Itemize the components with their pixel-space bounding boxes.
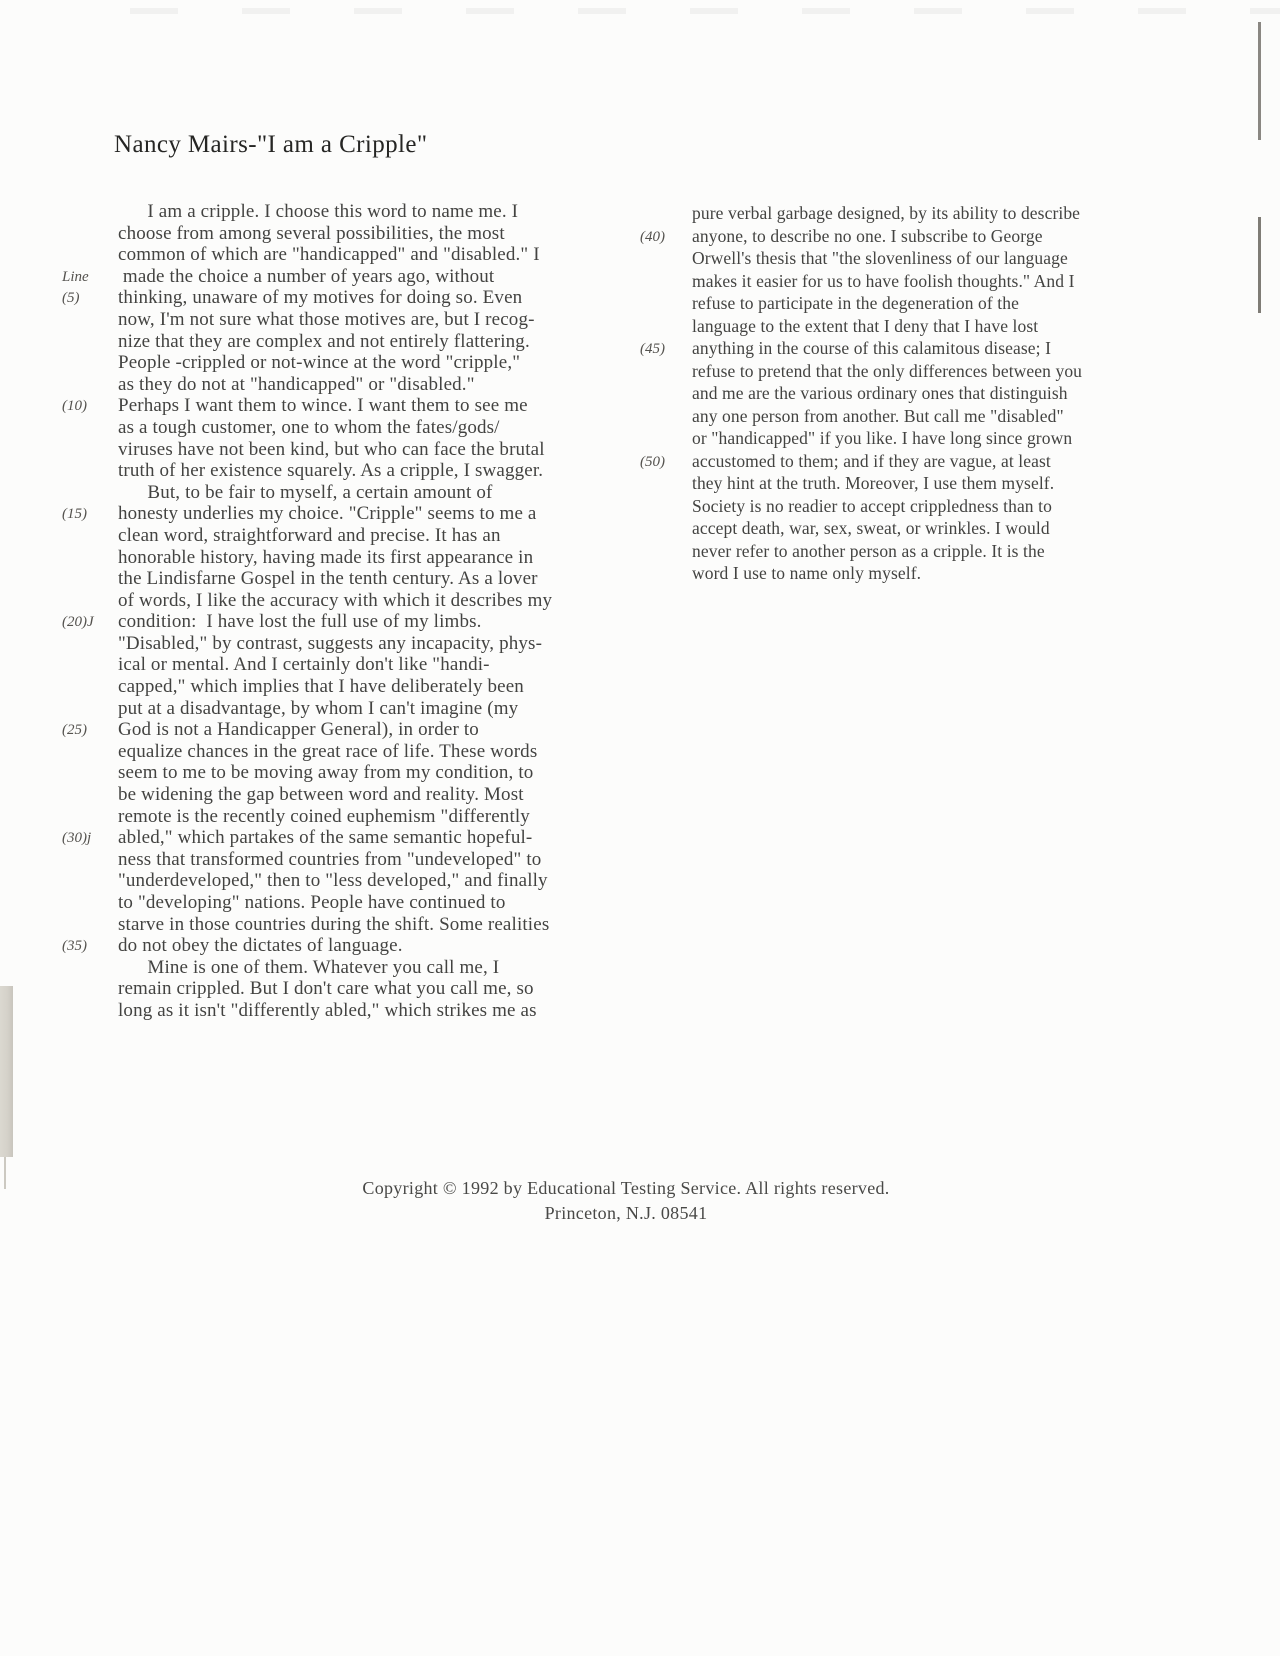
passage-left-column: I am a cripple. I choose this word to na… — [62, 201, 607, 1022]
line-number — [62, 978, 118, 981]
text-line: of words, I like the accuracy with which… — [62, 590, 607, 612]
line-number — [62, 914, 118, 917]
text-line: put at a disadvantage, by whom I can't i… — [62, 698, 607, 720]
line-number — [62, 525, 118, 528]
line-number — [62, 849, 118, 852]
text-line: starve in those countries during the shi… — [62, 914, 607, 936]
text-line: (40) anyone, to describe no one. I subsc… — [640, 226, 1130, 249]
line-text: Perhaps I want them to wince. I want the… — [118, 395, 528, 417]
line-text: But, to be fair to myself, a certain amo… — [118, 482, 493, 504]
line-text: ical or mental. And I certainly don't li… — [118, 654, 490, 676]
line-text: be widening the gap between word and rea… — [118, 784, 524, 806]
text-line: (25) God is not a Handicapper General), … — [62, 719, 607, 741]
line-number — [62, 654, 118, 657]
text-line: Line made the choice a number of years a… — [62, 266, 607, 288]
line-text: pure verbal garbage designed, by its abi… — [692, 203, 1080, 224]
scanned-document-page: Nancy Mairs-"I am a Cripple" I am a crip… — [0, 0, 1280, 1656]
line-text: accept death, war, sex, sweat, or wrinkl… — [692, 518, 1050, 539]
line-number: (30)j — [62, 827, 118, 847]
line-number: (45) — [640, 338, 692, 358]
line-text: refuse to participate in the degeneratio… — [692, 293, 1019, 314]
line-number — [62, 741, 118, 744]
line-number — [640, 293, 692, 296]
text-line: honorable history, having made its first… — [62, 547, 607, 569]
line-number — [62, 870, 118, 873]
line-number — [62, 590, 118, 593]
line-text: Orwell's thesis that "the slovenliness o… — [692, 248, 1068, 269]
text-line: clean word, straightforward and precise.… — [62, 525, 607, 547]
line-text: remote is the recently coined euphemism … — [118, 806, 530, 828]
line-text: God is not a Handicapper General), in or… — [118, 719, 479, 741]
line-number: (5) — [62, 287, 118, 307]
line-number — [62, 806, 118, 809]
scanner-edge-mark-top — [1258, 22, 1261, 140]
line-text: language to the extent that I deny that … — [692, 316, 1038, 337]
text-line: (10) Perhaps I want them to wince. I wan… — [62, 395, 607, 417]
line-number — [62, 309, 118, 312]
text-line: ical or mental. And I certainly don't li… — [62, 654, 607, 676]
line-number — [62, 676, 118, 679]
text-line: (35) do not obey the dictates of languag… — [62, 935, 607, 957]
line-number — [640, 316, 692, 319]
line-number: (10) — [62, 395, 118, 415]
line-number — [62, 244, 118, 247]
line-text: do not obey the dictates of language. — [118, 935, 403, 957]
text-line: any one person from another. But call me… — [640, 406, 1130, 429]
line-text: remain crippled. But I don't care what y… — [118, 978, 534, 1000]
line-text: thinking, unaware of my motives for doin… — [118, 287, 522, 309]
text-line: they hint at the truth. Moreover, I use … — [640, 473, 1130, 496]
line-text: Society is no readier to accept crippled… — [692, 496, 1052, 517]
text-line: common of which are "handicapped" and "d… — [62, 244, 607, 266]
text-line: remote is the recently coined euphemism … — [62, 806, 607, 828]
text-line: I am a cripple. I choose this word to na… — [62, 201, 607, 223]
text-line: seem to me to be moving away from my con… — [62, 762, 607, 784]
text-line: truth of her existence squarely. As a cr… — [62, 460, 607, 482]
line-number — [62, 892, 118, 895]
text-line: (20)J condition: I have lost the full us… — [62, 611, 607, 633]
line-number: (50) — [640, 451, 692, 471]
line-text: seem to me to be moving away from my con… — [118, 762, 533, 784]
line-number — [62, 331, 118, 334]
line-text: I am a cripple. I choose this word to na… — [118, 201, 518, 223]
text-line: as they do not at "handicapped" or "disa… — [62, 374, 607, 396]
line-number — [62, 223, 118, 226]
line-text: viruses have not been kind, but who can … — [118, 439, 545, 461]
line-number — [62, 568, 118, 571]
text-line: the Lindisfarne Gospel in the tenth cent… — [62, 568, 607, 590]
line-text: long as it isn't "differently abled," wh… — [118, 1000, 537, 1022]
text-line: never refer to another person as a cripp… — [640, 541, 1130, 564]
line-text: to "developing" nations. People have con… — [118, 892, 505, 914]
line-number — [62, 1000, 118, 1003]
line-text: or "handicapped" if you like. I have lon… — [692, 428, 1072, 449]
line-text: People -crippled or not-wince at the wor… — [118, 352, 520, 374]
text-line: to "developing" nations. People have con… — [62, 892, 607, 914]
text-line: now, I'm not sure what those motives are… — [62, 309, 607, 331]
scanner-edge-artifact-top — [130, 8, 1280, 14]
line-text: nize that they are complex and not entir… — [118, 331, 530, 353]
line-number: Line — [62, 266, 118, 286]
line-text: put at a disadvantage, by whom I can't i… — [118, 698, 518, 720]
text-line: "Disabled," by contrast, suggests any in… — [62, 633, 607, 655]
line-number — [62, 374, 118, 377]
text-line: makes it easier for us to have foolish t… — [640, 271, 1130, 294]
text-line: word I use to name only myself. — [640, 563, 1130, 586]
text-line: "underdeveloped," then to "less develope… — [62, 870, 607, 892]
copyright-line: Copyright © 1992 by Educational Testing … — [0, 1176, 1252, 1201]
text-line: refuse to pretend that the only differen… — [640, 361, 1130, 384]
line-text: truth of her existence squarely. As a cr… — [118, 460, 543, 482]
line-text: makes it easier for us to have foolish t… — [692, 271, 1075, 292]
text-line: But, to be fair to myself, a certain amo… — [62, 482, 607, 504]
text-line: as a tough customer, one to whom the fat… — [62, 417, 607, 439]
line-text: any one person from another. But call me… — [692, 406, 1064, 427]
line-number — [62, 784, 118, 787]
line-number: (20)J — [62, 611, 118, 631]
text-line: Orwell's thesis that "the slovenliness o… — [640, 248, 1130, 271]
text-line: (15) honesty underlies my choice. "Cripp… — [62, 503, 607, 525]
text-line: ness that transformed countries from "un… — [62, 849, 607, 871]
line-text: as a tough customer, one to whom the fat… — [118, 417, 500, 439]
line-number — [640, 428, 692, 431]
line-text: now, I'm not sure what those motives are… — [118, 309, 535, 331]
text-line: long as it isn't "differently abled," wh… — [62, 1000, 607, 1022]
line-text: equalize chances in the great race of li… — [118, 741, 537, 763]
line-number — [640, 518, 692, 521]
line-text: of words, I like the accuracy with which… — [118, 590, 552, 612]
line-number — [62, 698, 118, 701]
line-text: made the choice a number of years ago, w… — [118, 266, 494, 288]
line-number — [640, 271, 692, 274]
line-text: honesty underlies my choice. "Cripple" s… — [118, 503, 537, 525]
page-footer: Copyright © 1992 by Educational Testing … — [0, 1176, 1252, 1226]
line-text: and me are the various ordinary ones tha… — [692, 383, 1068, 404]
text-line: equalize chances in the great race of li… — [62, 741, 607, 763]
line-number — [62, 957, 118, 960]
line-number — [62, 352, 118, 355]
text-line: viruses have not been kind, but who can … — [62, 439, 607, 461]
text-line: pure verbal garbage designed, by its abi… — [640, 203, 1130, 226]
line-number — [640, 203, 692, 206]
line-text: common of which are "handicapped" and "d… — [118, 244, 540, 266]
text-line: choose from among several possibilities,… — [62, 223, 607, 245]
line-text: condition: I have lost the full use of m… — [118, 611, 482, 633]
line-number — [640, 541, 692, 544]
text-line: capped," which implies that I have delib… — [62, 676, 607, 698]
line-number — [640, 248, 692, 251]
line-text: never refer to another person as a cripp… — [692, 541, 1045, 562]
page-title: Nancy Mairs-"I am a Cripple" — [114, 131, 427, 159]
text-line: remain crippled. But I don't care what y… — [62, 978, 607, 1000]
line-number — [62, 460, 118, 463]
line-text: word I use to name only myself. — [692, 563, 921, 584]
text-line: People -crippled or not-wince at the wor… — [62, 352, 607, 374]
text-line: (30)j abled," which partakes of the same… — [62, 827, 607, 849]
line-number: (35) — [62, 935, 118, 955]
text-line: or "handicapped" if you like. I have lon… — [640, 428, 1130, 451]
line-text: clean word, straightforward and precise.… — [118, 525, 501, 547]
line-text: the Lindisfarne Gospel in the tenth cent… — [118, 568, 538, 590]
line-text: anyone, to describe no one. I subscribe … — [692, 226, 1043, 247]
line-text: Mine is one of them. Whatever you call m… — [118, 957, 499, 979]
line-text: abled," which partakes of the same seman… — [118, 827, 532, 849]
line-number: (40) — [640, 226, 692, 246]
line-number — [62, 417, 118, 420]
line-number — [62, 633, 118, 636]
line-number — [640, 473, 692, 476]
scanner-edge-artifact-left-line — [4, 1157, 6, 1189]
scanner-edge-mark-bottom — [1258, 217, 1261, 313]
line-number: (15) — [62, 503, 118, 523]
text-line: Society is no readier to accept crippled… — [640, 496, 1130, 519]
text-line: (50) accustomed to them; and if they are… — [640, 451, 1130, 474]
line-number — [640, 361, 692, 364]
line-text: as they do not at "handicapped" or "disa… — [118, 374, 475, 396]
line-number — [62, 762, 118, 765]
line-text: starve in those countries during the shi… — [118, 914, 549, 936]
text-line: language to the extent that I deny that … — [640, 316, 1130, 339]
text-line: nize that they are complex and not entir… — [62, 331, 607, 353]
line-number — [640, 563, 692, 566]
line-text: they hint at the truth. Moreover, I use … — [692, 473, 1054, 494]
text-line: and me are the various ordinary ones tha… — [640, 383, 1130, 406]
line-number: (25) — [62, 719, 118, 739]
passage-right-column: pure verbal garbage designed, by its abi… — [640, 203, 1130, 586]
line-text: refuse to pretend that the only differen… — [692, 361, 1082, 382]
line-number — [640, 383, 692, 386]
line-text: choose from among several possibilities,… — [118, 223, 505, 245]
line-text: accustomed to them; and if they are vagu… — [692, 451, 1051, 472]
text-line: Mine is one of them. Whatever you call m… — [62, 957, 607, 979]
line-number — [62, 201, 118, 204]
text-line: be widening the gap between word and rea… — [62, 784, 607, 806]
line-number — [62, 439, 118, 442]
line-text: "underdeveloped," then to "less develope… — [118, 870, 548, 892]
line-text: honorable history, having made its first… — [118, 547, 533, 569]
scanner-edge-artifact-left-bar — [0, 986, 13, 1157]
line-text: capped," which implies that I have delib… — [118, 676, 524, 698]
text-line: accept death, war, sex, sweat, or wrinkl… — [640, 518, 1130, 541]
text-line: refuse to participate in the degeneratio… — [640, 293, 1130, 316]
line-number — [62, 547, 118, 550]
line-text: ness that transformed countries from "un… — [118, 849, 541, 871]
text-line: (45) anything in the course of this cala… — [640, 338, 1130, 361]
text-line: (5) thinking, unaware of my motives for … — [62, 287, 607, 309]
line-number — [62, 482, 118, 485]
line-text: anything in the course of this calamitou… — [692, 338, 1051, 359]
address-line: Princeton, N.J. 08541 — [0, 1201, 1252, 1226]
line-text: "Disabled," by contrast, suggests any in… — [118, 633, 542, 655]
line-number — [640, 406, 692, 409]
line-number — [640, 496, 692, 499]
